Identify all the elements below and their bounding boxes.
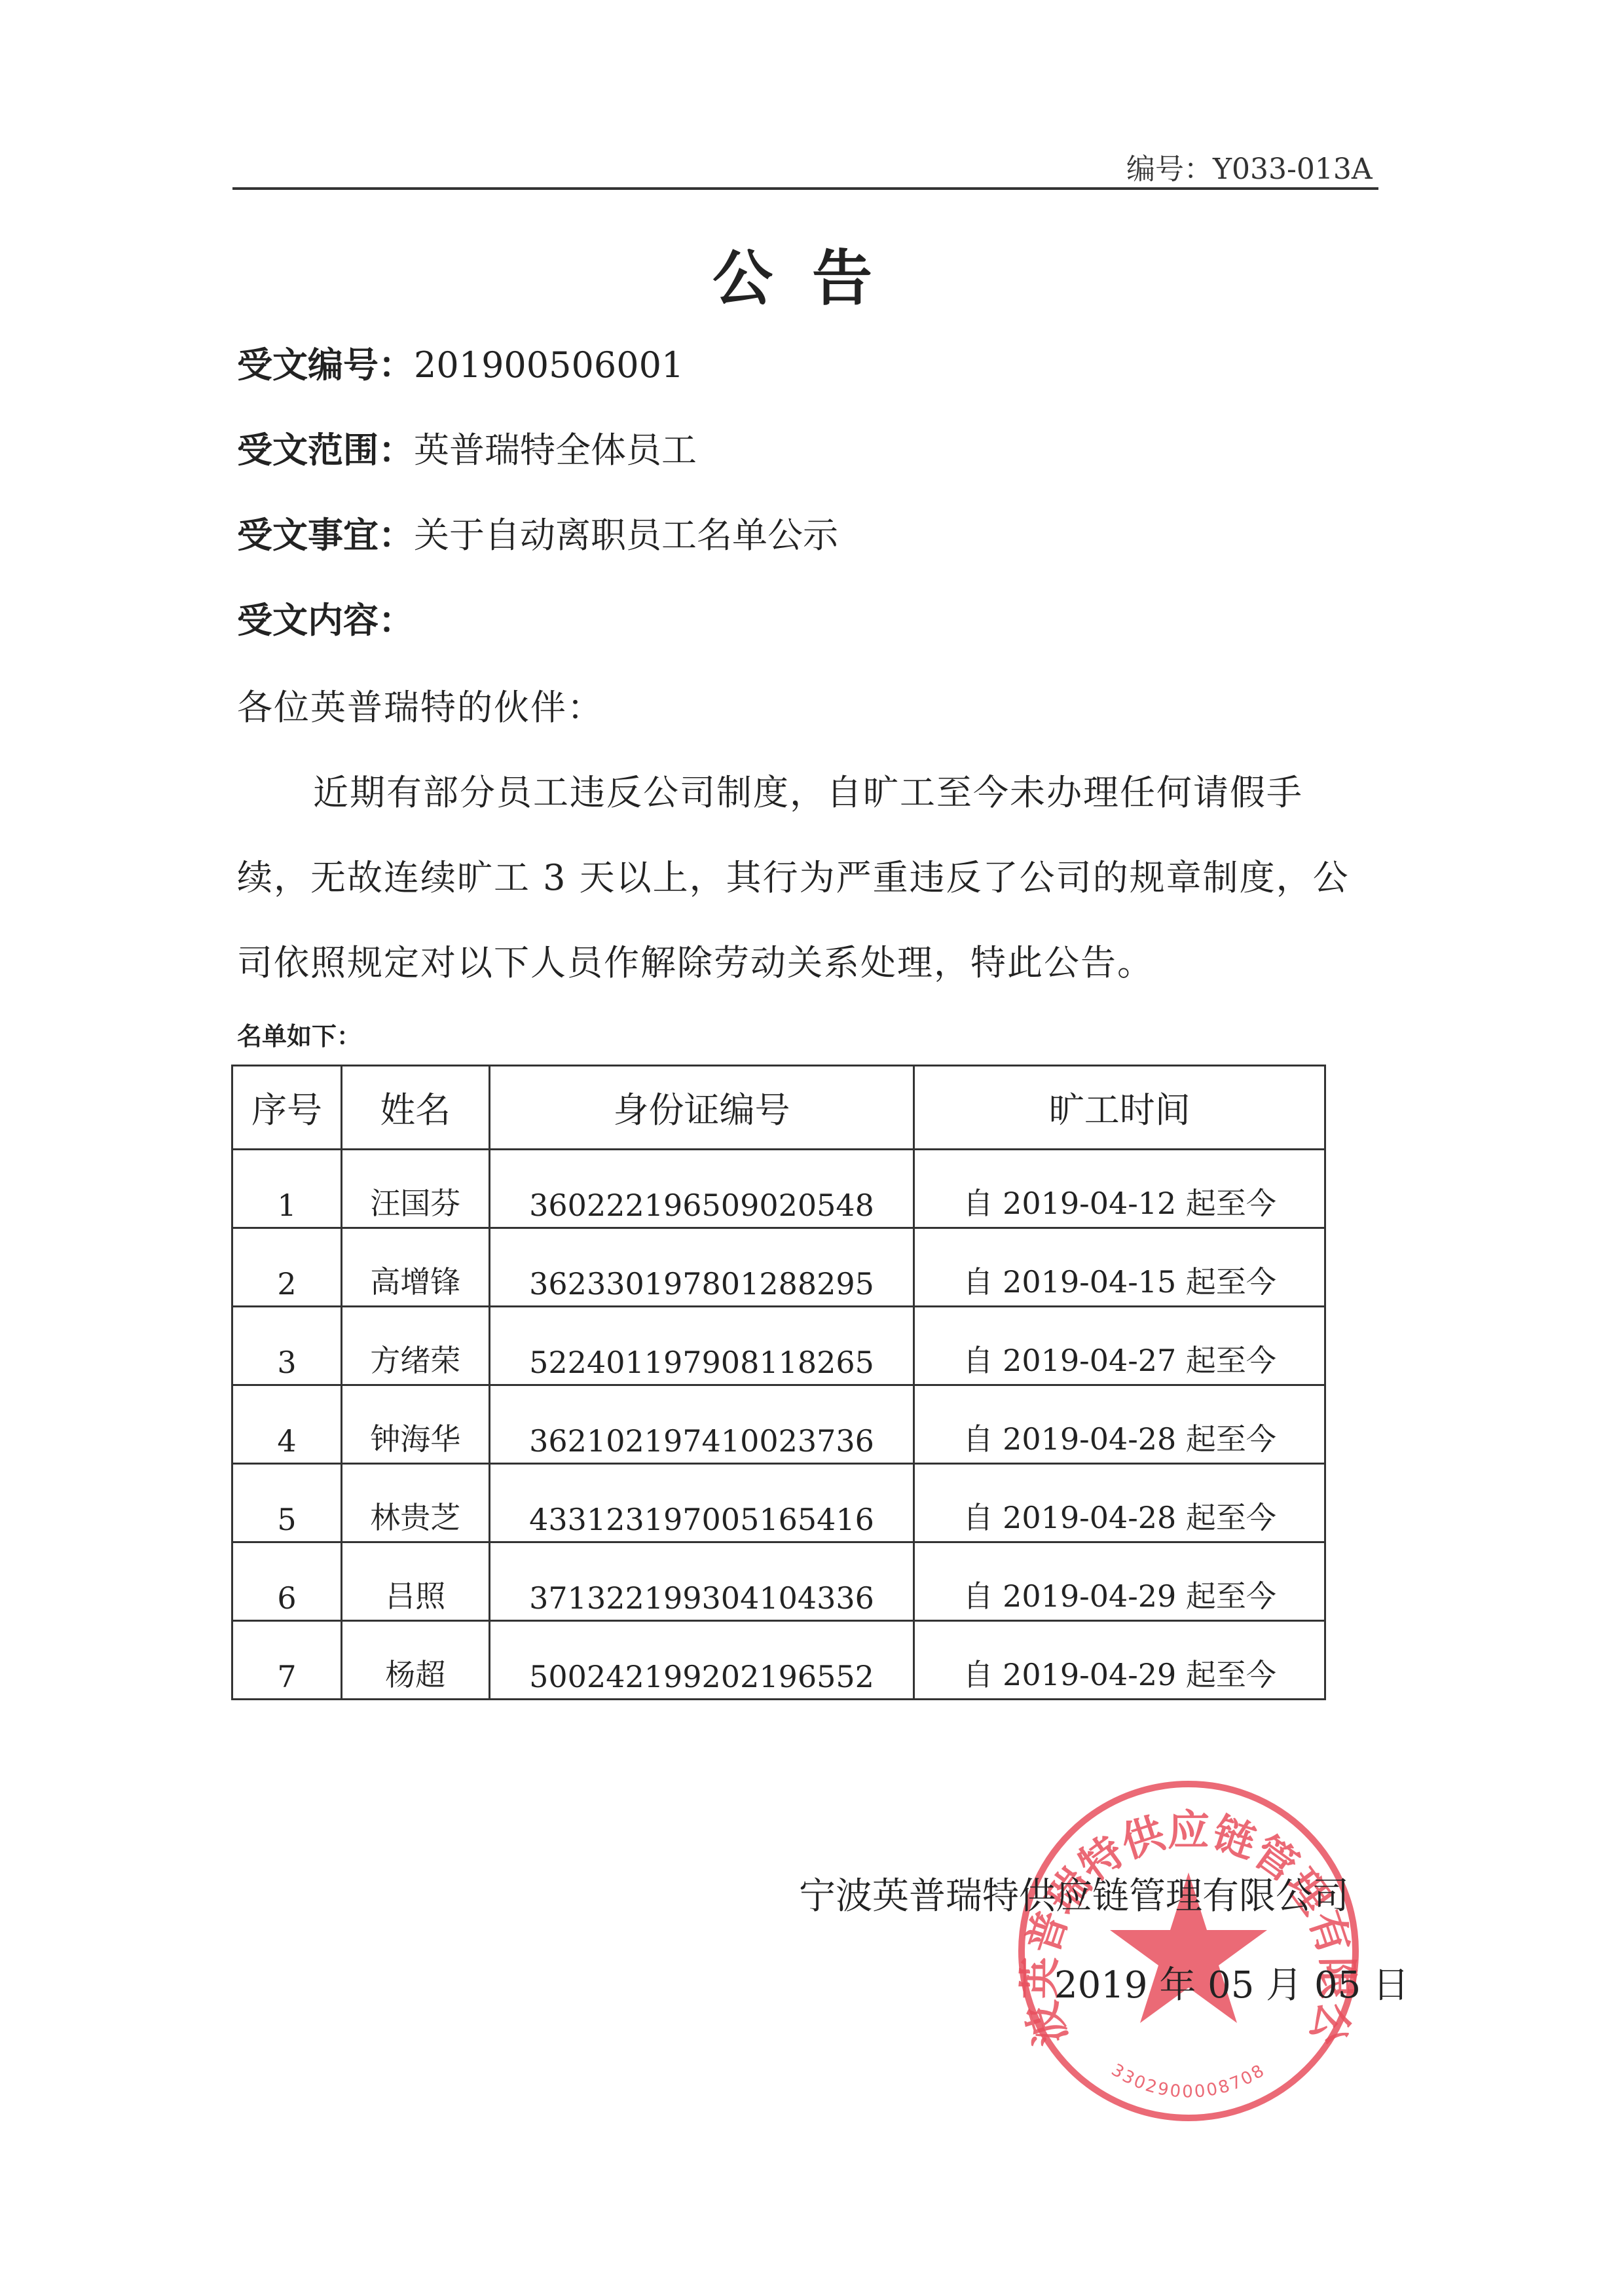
cell-no: 1 <box>232 1150 342 1228</box>
dismissal-table: 序号 姓名 身份证编号 旷工时间 1 汪国芬 36022219650902054… <box>231 1065 1326 1700</box>
cell-period: 自 2019-04-29 起至今 <box>914 1542 1325 1621</box>
document-number-label: 编号： <box>1126 153 1213 186</box>
body-line-3: 司依照规定对以下人员作解除劳动关系处理，特此公告。 <box>237 935 1154 985</box>
body-line-2: 续，无故连续旷工 3 天以上，其行为严重违反了公司的规章制度，公 <box>237 850 1350 900</box>
field-label: 受文编号： <box>237 344 414 386</box>
cell-name: 高增锋 <box>341 1228 489 1307</box>
document-number: 编号：Y033-013A <box>1126 145 1373 187</box>
field-label: 受文范围： <box>237 429 414 471</box>
cell-no: 3 <box>232 1307 342 1385</box>
header-rule <box>232 187 1378 190</box>
table-row: 3 方绪荣 522401197908118265 自 2019-04-27 起至… <box>232 1307 1325 1385</box>
column-header-name: 姓名 <box>341 1066 489 1150</box>
column-header-period: 旷工时间 <box>914 1066 1325 1150</box>
svg-text:3302900008708: 3302900008708 <box>1108 2060 1270 2102</box>
signature-company: 宁波英普瑞特供应链管理有限公司 <box>799 1867 1349 1920</box>
cell-id: 362330197801288295 <box>489 1228 914 1307</box>
cell-id: 371322199304104336 <box>489 1542 914 1621</box>
field-doc-id: 受文编号：201900506001 <box>237 337 684 388</box>
cell-id: 522401197908118265 <box>489 1307 914 1385</box>
company-seal-icon: 宁波英普瑞特供应链管理有限公司 3302900008708 <box>1012 1774 1365 2128</box>
cell-period: 自 2019-04-28 起至今 <box>914 1464 1325 1542</box>
field-scope: 受文范围：英普瑞特全体员工 <box>237 422 697 473</box>
cell-name: 吕照 <box>341 1542 489 1621</box>
cell-id: 360222196509020548 <box>489 1150 914 1228</box>
cell-name: 杨超 <box>341 1621 489 1700</box>
cell-id: 500242199202196552 <box>489 1621 914 1700</box>
table-row: 7 杨超 500242199202196552 自 2019-04-29 起至今 <box>232 1621 1325 1700</box>
field-label: 受文事宜： <box>237 515 414 556</box>
field-subject: 受文事宜：关于自动离职员工名单公示 <box>237 507 838 558</box>
table-row: 5 林贵芝 433123197005165416 自 2019-04-28 起至… <box>232 1464 1325 1542</box>
field-value: 关于自动离职员工名单公示 <box>414 515 838 556</box>
cell-no: 2 <box>232 1228 342 1307</box>
column-header-id: 身份证编号 <box>489 1066 914 1150</box>
cell-id: 433123197005165416 <box>489 1464 914 1542</box>
page-title: 公告 <box>0 230 1624 317</box>
cell-name: 方绪荣 <box>341 1307 489 1385</box>
cell-name: 林贵芝 <box>341 1464 489 1542</box>
field-value: 英普瑞特全体员工 <box>414 429 697 471</box>
document-number-value: Y033-013A <box>1213 153 1373 186</box>
signature-date: 2019 年 05 月 05 日 <box>1054 1956 1409 2009</box>
cell-no: 6 <box>232 1542 342 1621</box>
table-row: 6 吕照 371322199304104336 自 2019-04-29 起至今 <box>232 1542 1325 1621</box>
table-row: 1 汪国芬 360222196509020548 自 2019-04-12 起至… <box>232 1150 1325 1228</box>
field-content: 受文内容： <box>237 592 414 643</box>
cell-period: 自 2019-04-29 起至今 <box>914 1621 1325 1700</box>
cell-period: 自 2019-04-12 起至今 <box>914 1150 1325 1228</box>
cell-no: 4 <box>232 1385 342 1464</box>
salutation: 各位英普瑞特的伙伴： <box>237 680 604 730</box>
list-label: 名单如下： <box>237 1016 361 1052</box>
cell-no: 7 <box>232 1621 342 1700</box>
cell-period: 自 2019-04-27 起至今 <box>914 1307 1325 1385</box>
column-header-no: 序号 <box>232 1066 342 1150</box>
cell-no: 5 <box>232 1464 342 1542</box>
cell-name: 钟海华 <box>341 1385 489 1464</box>
table-header-row: 序号 姓名 身份证编号 旷工时间 <box>232 1066 1325 1150</box>
field-label: 受文内容： <box>237 600 414 641</box>
table-row: 2 高增锋 362330197801288295 自 2019-04-15 起至… <box>232 1228 1325 1307</box>
table-row: 4 钟海华 362102197410023736 自 2019-04-28 起至… <box>232 1385 1325 1464</box>
cell-id: 362102197410023736 <box>489 1385 914 1464</box>
cell-period: 自 2019-04-15 起至今 <box>914 1228 1325 1307</box>
field-value: 201900506001 <box>414 344 684 386</box>
body-line-1: 近期有部分员工违反公司制度，自旷工至今未办理任何请假手 <box>313 765 1303 815</box>
cell-name: 汪国芬 <box>341 1150 489 1228</box>
cell-period: 自 2019-04-28 起至今 <box>914 1385 1325 1464</box>
